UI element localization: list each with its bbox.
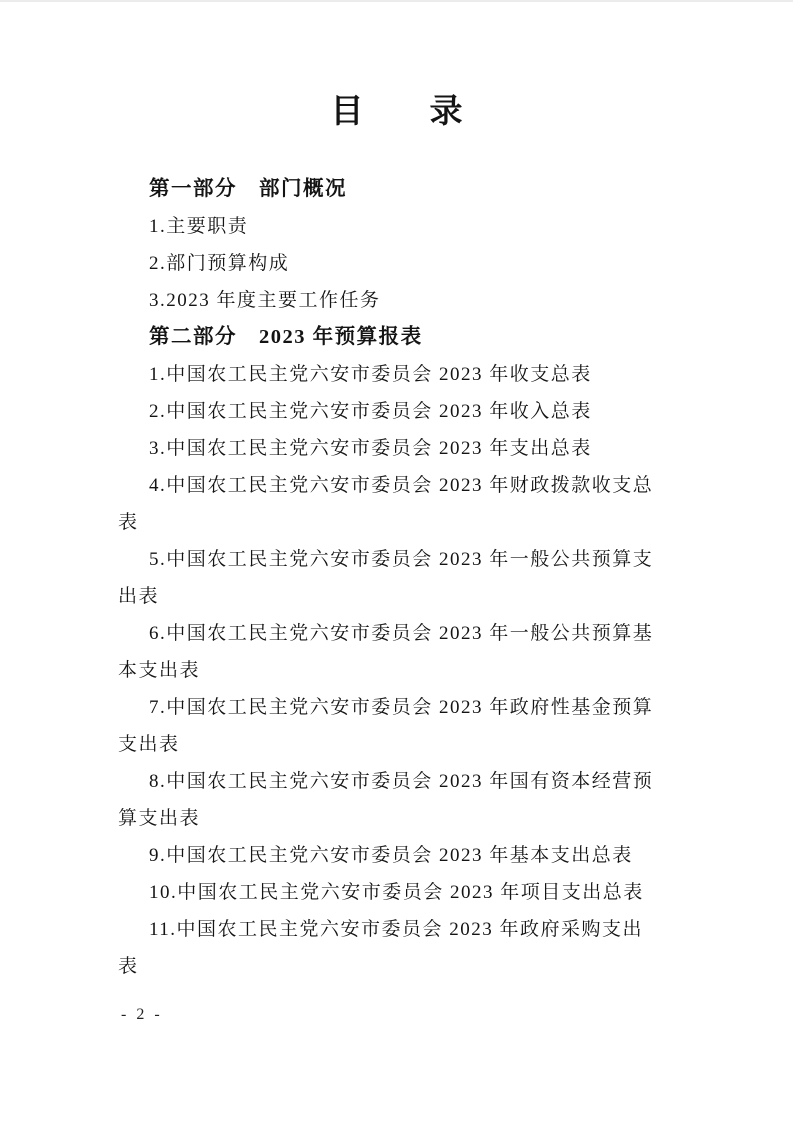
toc-item: 3.中国农工民主党六安市委员会 2023 年支出总表 [118,430,690,467]
toc-item: 9.中国农工民主党六安市委员会 2023 年基本支出总表 [118,837,690,874]
toc-section-heading-part1: 第一部分 部门概况 [118,171,690,208]
toc-item: 1.主要职责 [118,208,690,245]
toc-item: 4.中国农工民主党六安市委员会 2023 年财政拨款收支总 表 [118,467,690,541]
toc-item: 2.部门预算构成 [118,245,690,282]
toc-section-heading-part2: 第二部分 2023 年预算报表 [118,319,690,356]
toc-item: 6.中国农工民主党六安市委员会 2023 年一般公共预算基 本支出表 [118,615,690,689]
toc-item: 8.中国农工民主党六安市委员会 2023 年国有资本经营预 算支出表 [118,763,690,837]
toc-item: 3.2023 年度主要工作任务 [118,282,690,319]
toc-item: 1.中国农工民主党六安市委员会 2023 年收支总表 [118,356,690,393]
toc-item: 2.中国农工民主党六安市委员会 2023 年收入总表 [118,393,690,430]
toc-item: 5.中国农工民主党六安市委员会 2023 年一般公共预算支 出表 [118,541,690,615]
document-page: 目 录 第一部分 部门概况 1.主要职责 2.部门预算构成 3.2023 年度主… [0,0,793,1122]
page-top-edge [0,0,793,2]
page-number: - 2 - [121,1006,163,1024]
toc-item: 11.中国农工民主党六安市委员会 2023 年政府采购支出 表 [118,911,690,985]
toc-item: 7.中国农工民主党六安市委员会 2023 年政府性基金预算 支出表 [118,689,690,763]
toc-item: 10.中国农工民主党六安市委员会 2023 年项目支出总表 [118,874,690,911]
document-title: 目 录 [0,85,793,132]
table-of-contents: 第一部分 部门概况 1.主要职责 2.部门预算构成 3.2023 年度主要工作任… [118,171,690,985]
